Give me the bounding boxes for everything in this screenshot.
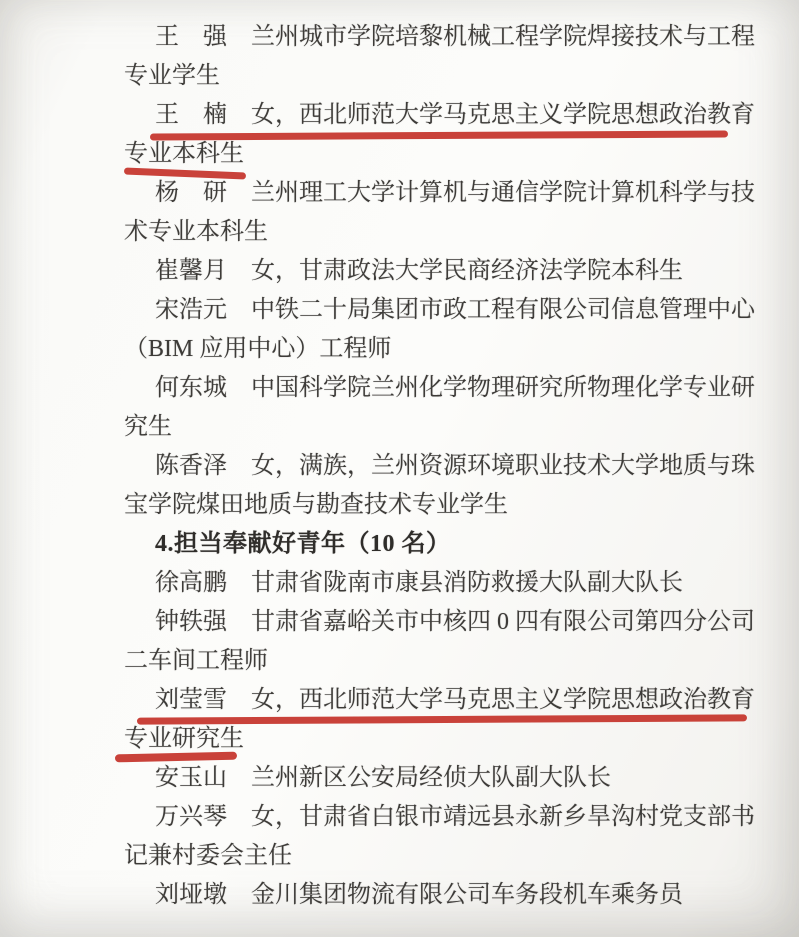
line-text: 何东城 中国科学院兰州化学物理研究所物理化学专业研: [155, 375, 755, 401]
line-text: 术专业本科生: [124, 219, 268, 245]
line-text: 安玉山 兰州新区公安局经侦大队副大队长: [155, 765, 611, 791]
document-line: 安玉山 兰州新区公安局经侦大队副大队长: [124, 759, 799, 798]
document-line: 宋浩元 中铁二十局集团市政工程有限公司信息管理中心: [124, 291, 799, 330]
document-line: 王 强 兰州城市学院培黎机械工程学院焊接技术与工程: [124, 18, 799, 57]
document-line: 宝学院煤田地质与勘查技术专业学生: [124, 486, 799, 525]
line-text: 专业学生: [124, 63, 220, 89]
document-line: 究生: [124, 408, 799, 447]
line-text: 记兼村委会主任: [124, 843, 292, 869]
document-line: （BIM 应用中心）工程师: [124, 330, 799, 369]
line-text: 王 强 兰州城市学院培黎机械工程学院焊接技术与工程: [155, 24, 755, 50]
line-text: 万兴琴 女，甘肃省白银市靖远县永新乡旱沟村党支部书: [155, 804, 755, 830]
line-text: （BIM 应用中心）工程师: [124, 336, 391, 362]
document-line: 陈香泽 女，满族，兰州资源环境职业技术大学地质与珠: [124, 447, 799, 486]
document-line: 专业学生: [124, 57, 799, 96]
document-page: 王 强 兰州城市学院培黎机械工程学院焊接技术与工程 专业学生 王 楠 女，西北师…: [0, 0, 799, 937]
line-text: 王 楠 女，西北师范大学马克思主义学院思想政治教育: [155, 102, 755, 128]
document-line: 崔馨月 女，甘肃政法大学民商经济法学院本科生: [124, 252, 799, 291]
document-line: 钟轶强 甘肃省嘉峪关市中核四 0 四有限公司第四分公司: [124, 603, 799, 642]
document-line: 王 楠 女，西北师范大学马克思主义学院思想政治教育: [124, 96, 799, 135]
document-line: 专业研究生: [124, 720, 799, 759]
line-text: 钟轶强 甘肃省嘉峪关市中核四 0 四有限公司第四分公司: [155, 609, 755, 635]
line-text: 陈香泽 女，满族，兰州资源环境职业技术大学地质与珠: [155, 453, 755, 479]
document-line: 记兼村委会主任: [124, 837, 799, 876]
line-text: 究生: [124, 414, 172, 440]
document-line: 刘垭墩 金川集团物流有限公司车务段机车乘务员: [124, 876, 799, 915]
line-text: 宋浩元 中铁二十局集团市政工程有限公司信息管理中心: [155, 297, 755, 323]
document-line: 万兴琴 女，甘肃省白银市靖远县永新乡旱沟村党支部书: [124, 798, 799, 837]
line-text: 二车间工程师: [124, 648, 268, 674]
document-line: 徐高鹏 甘肃省陇南市康县消防救援大队副大队长: [124, 564, 799, 603]
document-line: 杨 研 兰州理工大学计算机与通信学院计算机科学与技: [124, 174, 799, 213]
section-heading: 4.担当奉献好青年（10 名）: [124, 525, 799, 564]
document-line: 刘莹雪 女，西北师范大学马克思主义学院思想政治教育: [124, 681, 799, 720]
document-line: 术专业本科生: [124, 213, 799, 252]
line-text: 宝学院煤田地质与勘查技术专业学生: [124, 492, 508, 518]
line-text: 崔馨月 女，甘肃政法大学民商经济法学院本科生: [155, 258, 683, 284]
line-text: 4.担当奉献好青年（10 名）: [155, 531, 451, 557]
line-text: 杨 研 兰州理工大学计算机与通信学院计算机科学与技: [155, 180, 755, 206]
line-text: 徐高鹏 甘肃省陇南市康县消防救援大队副大队长: [155, 570, 683, 596]
document-line: 何东城 中国科学院兰州化学物理研究所物理化学专业研: [124, 369, 799, 408]
line-text: 专业本科生: [124, 141, 244, 167]
line-text: 刘莹雪 女，西北师范大学马克思主义学院思想政治教育: [155, 687, 755, 713]
line-text: 刘垭墩 金川集团物流有限公司车务段机车乘务员: [155, 882, 683, 908]
document-body: 王 强 兰州城市学院培黎机械工程学院焊接技术与工程 专业学生 王 楠 女，西北师…: [0, 0, 799, 915]
document-line: 专业本科生: [124, 135, 799, 174]
line-text: 专业研究生: [124, 726, 244, 752]
document-line: 二车间工程师: [124, 642, 799, 681]
